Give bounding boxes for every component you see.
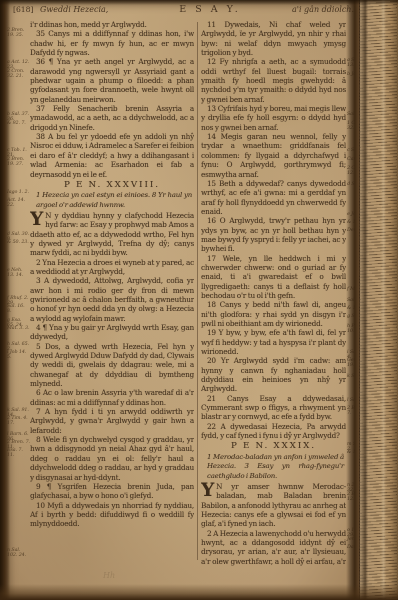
verse-paragraph: 17 Wele, yn lle heddwch i mi y chwerwder… [201, 254, 346, 301]
verse-paragraph: 13 Cyfrifais hyd y boreu, mai megis llew… [201, 104, 346, 132]
verse-paragraph: 8 Wele fi yn dychwelyd cysgod y graddau,… [30, 435, 194, 482]
verse-paragraph: 10 Myfi a ddywedais yn nhorriad fy nyddi… [30, 501, 194, 529]
verse-paragraph: 12 Fy nhrigfa a aeth, ac a symudodd oddi… [201, 57, 346, 104]
chapter-summary: 1 Hezecia yn cael estyn ei einioes. 8 Yr… [30, 191, 194, 211]
drop-cap-initial: Y [30, 211, 45, 228]
verse-paragraph: 7 A hyn fydd i ti yn arwydd oddiwrth yr … [30, 407, 194, 435]
margin-note: Esa. 7. 11. [7, 448, 30, 459]
running-title-center: E S A Y. [150, 4, 270, 15]
chapter-heading: P E N. XXXVIII. [30, 181, 194, 190]
verse-paragraph: 5 Dos, a dywed wrth Hezecia, Fel hyn y d… [30, 342, 194, 389]
verse-paragraph: 20 Yr Arglwydd sydd i'm cadw: am hynny y… [201, 356, 346, 393]
left-column: i'r ddinas hon, medd yr Arglwydd.35 Cany… [30, 20, 194, 558]
running-title-right: a'i gân ddiolch. [292, 5, 354, 14]
margin-note: Act. 14. 22. [7, 198, 30, 209]
verse-paragraph: YN yr amser hwnnw Merodac-baladan, mab B… [201, 482, 346, 529]
margin-note: Sal. 16. 8. [7, 304, 30, 315]
margin-note: 2 Cron. 32. 21. [7, 69, 30, 80]
verse-paragraph: YN y dyddiau hynny y clafychodd Hezecia … [30, 211, 194, 258]
margin-note: e Neh. 13. 14. [7, 268, 30, 279]
margin-note: 2 Bren. 19. 37. [7, 157, 30, 168]
verse-paragraph: 18 Canys y bedd ni'th fawl di, angeu ni'… [201, 300, 346, 328]
gutter-shadow [0, 0, 10, 600]
verse-paragraph: 16 O Arglwydd, trwy'r pethau hyn yr ydys… [201, 216, 346, 253]
margin-note: & 92. 7. [7, 121, 30, 126]
verse-paragraph: i'r ddinas hon, medd yr Arglwydd. [30, 20, 194, 29]
running-title-left: Gweddi Hezecia, [40, 5, 108, 14]
margin-note: i Job 14. 5. [7, 350, 30, 361]
verse-paragraph: 6 Ac o law brenin Assyria y'th waredaf d… [30, 388, 194, 407]
left-margin-notes: 2 Bren. 19. 35.a Act. 12. 23.2 Cron. 32.… [7, 20, 30, 595]
margin-note: n Sal. 102. 24. [7, 548, 30, 559]
verse-paragraph: 21 Canys Esay a ddywedasai, Cymmerant sw… [201, 394, 346, 422]
verse-paragraph: 3 A dywedodd, Attolwg, Arglwydd, cofia y… [30, 276, 194, 323]
verse-paragraph: 4 ¶ Yna y bu gair yr Arglwydd wrth Esay,… [30, 323, 194, 342]
verse-paragraph: 19 Y byw, y byw, efe a'th fawl di, fel y… [201, 328, 346, 356]
margin-note: 2 Tim. 4. 17. [7, 416, 30, 427]
drop-cap-initial: Y [201, 482, 216, 499]
page-edge-highlight [381, 0, 386, 600]
chapter-summary: 1 Merodac-baladan yn anfon i ymweled â H… [201, 453, 346, 482]
verse-paragraph: 2 A Hezecia a lawenychodd o'u herwydd hw… [201, 529, 346, 566]
book-fore-edge [346, 0, 398, 600]
verse-paragraph: 22 A dywedasai Hezecia, Pa arwydd fydd, … [201, 422, 346, 441]
margin-note: 2 Bren. 19. 35. [7, 28, 30, 39]
page-header: [618] Gweddi Hezecia, E S A Y. a'i gân d… [10, 5, 356, 18]
page-crease [361, 0, 368, 600]
photo-top-edge [0, 0, 398, 5]
verse-paragraph: 2 Yna Hezecia a droes ei wyneb at y pare… [30, 258, 194, 277]
column-divider-rule [197, 22, 198, 560]
verse-paragraph: 36 ¶ Yna yr aeth angel yr Arglwydd, ac a… [30, 57, 194, 104]
right-column: 11 Dywedais, Ni chaf weled yr Arglwydd, … [201, 20, 346, 566]
photo-bottom-edge [0, 584, 398, 600]
margin-note: Mat. 3. 3. [7, 326, 30, 331]
page-number: [618] [13, 5, 33, 14]
verse-paragraph: 38 A bu fel yr ydoedd efe yn addoli yn n… [30, 132, 194, 179]
verse-paragraph: 37 Felly Senacherib brenin Assyria a yma… [30, 104, 194, 132]
signature-mark: Hh [103, 571, 115, 580]
verse-paragraph: 11 Dywedais, Ni chaf weled yr Arglwydd, … [201, 20, 346, 57]
verse-paragraph: 35 Canys mi a ddiffynnaf y ddinas hon, i… [30, 29, 194, 57]
margin-note: & 50. 23. [7, 240, 30, 245]
margin-note: Iago 1. 2. [7, 190, 30, 195]
verse-paragraph: 14 Megis garan neu wennol, felly y tryda… [201, 132, 346, 179]
verse-paragraph: 15 Beth a ddywedaf? canys dywedodd wrthy… [201, 179, 346, 216]
chapter-heading: P E N. XXXIX. [201, 442, 346, 451]
verse-paragraph: 9 ¶ Ysgrifen Hezecia brenin Juda, pan gl… [30, 482, 194, 501]
